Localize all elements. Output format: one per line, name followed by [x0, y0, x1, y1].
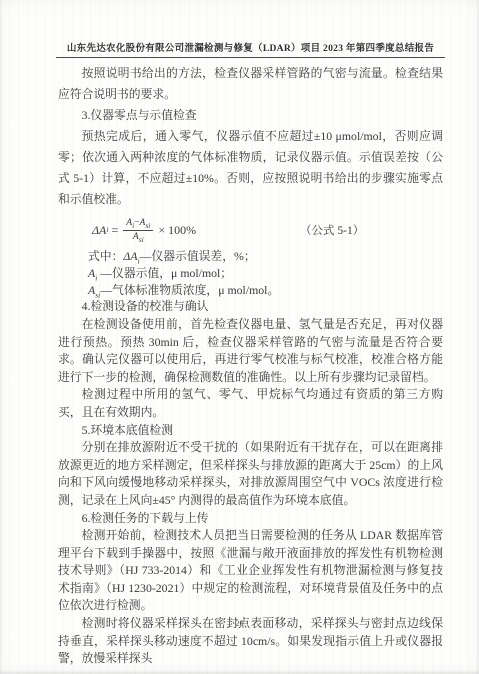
section-6-paragraph-1: 检测开始前，检测技术人员把当日需要检测的任务从 LDAR 数据库管理平台下载到手…: [58, 527, 443, 615]
definition-text: —气体标准物质浓度，μ mol/mol。: [100, 283, 279, 297]
fraction-denominator: Asi: [123, 231, 153, 243]
definition-asi: Asi—气体标准物质浓度，μ mol/mol。: [88, 282, 443, 299]
section-6-heading: 6.检测任务的下载与上传: [58, 510, 443, 528]
fraction-numerator: Ai−Asi: [123, 217, 153, 230]
formula-fraction: Ai−Asi Asi: [123, 217, 153, 243]
section-5-heading: 5.环境本底值检测: [58, 422, 443, 440]
document-header: 山东先达农化股份有限公司泄漏检测与修复（LDAR）项目 2023 年第四季度总结…: [56, 40, 445, 58]
definition-ai: Ai —仪器示值，μ mol/mol；: [88, 265, 443, 282]
section-3-heading: 3.仪器零点与示值检查: [58, 105, 443, 126]
document-body: 按照说明书给出的方法，检查仪器采样管路的气密与流量。检查结果应符合说明书的要求。…: [58, 63, 443, 668]
section-5-paragraph: 分别在排放源附近不受干扰的（如果附近有干扰存在，可以在距离排放源更近的地方采样测…: [58, 439, 443, 509]
section-4-paragraph-2: 检测过程中所用的氢气、零气、甲烷标气均通过有资质的第三方购买，且在有效期内。: [58, 386, 443, 421]
definition-delta-ai: 式中：ΔAi—仪器示值误差，%；: [88, 248, 443, 265]
section-3-paragraph: 预热完成后，通入零气，仪器示值不应超过±10 μmol/mol，否则应调零；依次…: [58, 126, 443, 210]
section-4-paragraph-1: 在检测设备使用前，首先检查仪器电量、氢气量是否充足，再对仪器进行预热。预热 30…: [58, 316, 443, 386]
paragraph-intro: 按照说明书给出的方法，检查仪器采样管路的气密与流量。检查结果应符合说明书的要求。: [58, 63, 443, 105]
equals-sign: =: [111, 223, 118, 238]
definition-text: —仪器示值误差，%；: [140, 249, 256, 263]
symbol-definitions: 式中：ΔAi—仪器示值误差，%； Ai —仪器示值，μ mol/mol； Asi…: [88, 248, 443, 298]
definition-text: —仪器示值，μ mol/mol；: [97, 266, 232, 280]
page-number: 20: [0, 618, 479, 628]
formula-tail: × 100%: [158, 223, 196, 238]
formula-number-label: （公式 5-1）: [300, 222, 364, 238]
document-page: 山东先达农化股份有限公司泄漏检测与修复（LDAR）项目 2023 年第四季度总结…: [0, 0, 479, 674]
formula-5-1: ΔAi = Ai−Asi Asi × 100% （公式 5-1）: [92, 215, 443, 245]
definition-prefix: 式中：: [88, 249, 123, 263]
header-title: 山东先达农化股份有限公司泄漏检测与修复（LDAR）项目 2023 年第四季度总结…: [67, 44, 434, 54]
denominator-subscript: si: [139, 234, 144, 243]
numerator-term-b-subscript: si: [145, 221, 150, 230]
section-4-heading: 4.检测设备的校准与确认: [58, 298, 443, 316]
formula-lhs: ΔA: [92, 223, 106, 238]
definition-symbol: ΔA: [123, 249, 137, 263]
